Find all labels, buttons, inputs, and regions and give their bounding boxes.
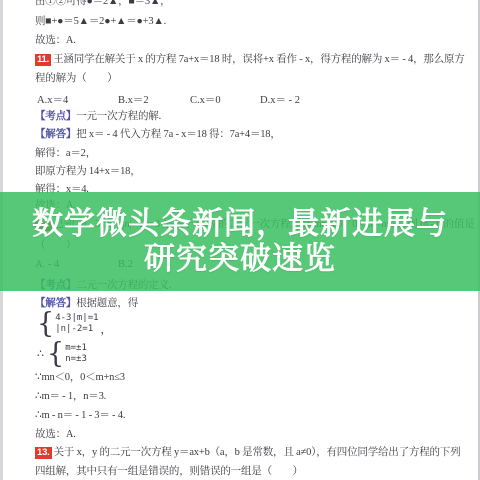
option-d: D.x＝ - 2	[260, 92, 300, 107]
document-page: 由①②可得●＝2▲，■＝3▲， 则■+●＝5▲＝2●+▲＝●+3▲. 故选：A.…	[0, 0, 480, 480]
equation-comma: ，	[101, 321, 112, 337]
keypoint-line: 【考点】一元一次方程的解.	[35, 111, 161, 123]
solution-text: ∴m＝ - 1，n＝3.	[35, 391, 106, 402]
equation-row: |n|-2=1	[55, 324, 98, 334]
option-b: B.x＝2	[118, 92, 149, 107]
answer-choice-text: 故选：A.	[35, 429, 76, 440]
question-13-line2: 四组解，其中只有一组是错误的，则错误的一组是（ ）	[35, 466, 303, 478]
solution-text: ∵mn＜0，0＜m+n≤3	[35, 372, 125, 383]
keypoint-label: 【考点】	[35, 111, 76, 122]
left-brace: {	[47, 339, 64, 367]
answer-line: 【解答】把 x＝ - 4 代入方程 7a - x＝18 得：7a+4＝18，	[35, 129, 281, 141]
option-a: A.x＝4	[37, 92, 68, 107]
question-text: 关于 x，y 的二元一次方程 y＝ax+b（a，b 是常数，且 a≠0），有四位…	[54, 447, 461, 458]
keypoint-text: 一元一次方程的解.	[76, 111, 161, 122]
answer-choice-text: 故选：A.	[35, 35, 76, 46]
question-number-badge: 11.	[35, 54, 51, 66]
solution-line: ∴m＝ - 1，n＝3.	[35, 391, 106, 403]
question-11-options: A.x＝4 B.x＝2 C.x＝0 D.x＝ - 2	[37, 92, 480, 104]
question-text: 四组解，其中只有一组是错误的，则错误的一组是（ ）	[35, 466, 303, 477]
therefore-symbol: ∴	[37, 347, 44, 360]
answer-choice-line: 故选：A.	[35, 35, 76, 47]
equation-system-2: ∴ { m=±1 n=±3	[37, 340, 87, 367]
left-brace: {	[37, 309, 54, 337]
question-number-badge: 13.	[35, 447, 52, 459]
news-banner[interactable]: 数学微头条新闻，最新进展与 研究突破速览	[0, 192, 480, 291]
option-c: C.x＝0	[190, 92, 221, 107]
question-text: 程的解为（ ）	[35, 73, 117, 84]
answer-text: 根据题意，得	[76, 298, 138, 309]
equation-row: n=±3	[65, 354, 87, 364]
solution-line: 由①②可得●＝2▲，■＝3▲，	[35, 0, 170, 8]
solution-text: 则■+●＝5▲＝2●+▲＝●+3▲.	[35, 16, 166, 27]
question-13-line: 13.关于 x，y 的二元一次方程 y＝ax+b（a，b 是常数，且 a≠0），…	[35, 447, 460, 459]
solution-line: ∵mn＜0，0＜m+n≤3	[35, 372, 125, 384]
solution-line: 解得：a＝2，	[35, 148, 96, 160]
question-11-line2: 程的解为（ ）	[35, 73, 117, 85]
equation-row: 4-3|m|=1	[55, 313, 98, 323]
banner-title-line2: 研究突破速览	[144, 242, 336, 277]
answer-text: 把 x＝ - 4 代入方程 7a - x＝18 得：7a+4＝18，	[76, 129, 280, 140]
solution-text: 由①②可得●＝2▲，■＝3▲，	[35, 0, 170, 7]
question-11-line: 11.王涵同学在解关于 x 的方程 7a+x＝18 时，误将+x 看作 - x，…	[35, 54, 465, 66]
equation-system-1: { 4-3|m|=1 |n|-2=1 ，	[37, 310, 112, 337]
solution-line: 即原方程为 14+x＝18，	[35, 166, 141, 178]
solution-text: ∴m - n＝ - 1 - 3＝ - 4.	[35, 410, 125, 421]
solution-line: 则■+●＝5▲＝2●+▲＝●+3▲.	[35, 16, 166, 28]
answer-choice-line: 故选：A.	[35, 429, 76, 441]
solution-text: 解得：a＝2，	[35, 148, 96, 159]
solution-line: ∴m - n＝ - 1 - 3＝ - 4.	[35, 410, 125, 422]
equation-row: m=±1	[65, 343, 87, 353]
question-text: 王涵同学在解关于 x 的方程 7a+x＝18 时，误将+x 看作 - x，得方程…	[53, 54, 465, 65]
answer-label: 【解答】	[35, 129, 76, 140]
banner-title-line1: 数学微头条新闻，最新进展与	[32, 207, 448, 242]
solution-text: 即原方程为 14+x＝18，	[35, 166, 141, 177]
